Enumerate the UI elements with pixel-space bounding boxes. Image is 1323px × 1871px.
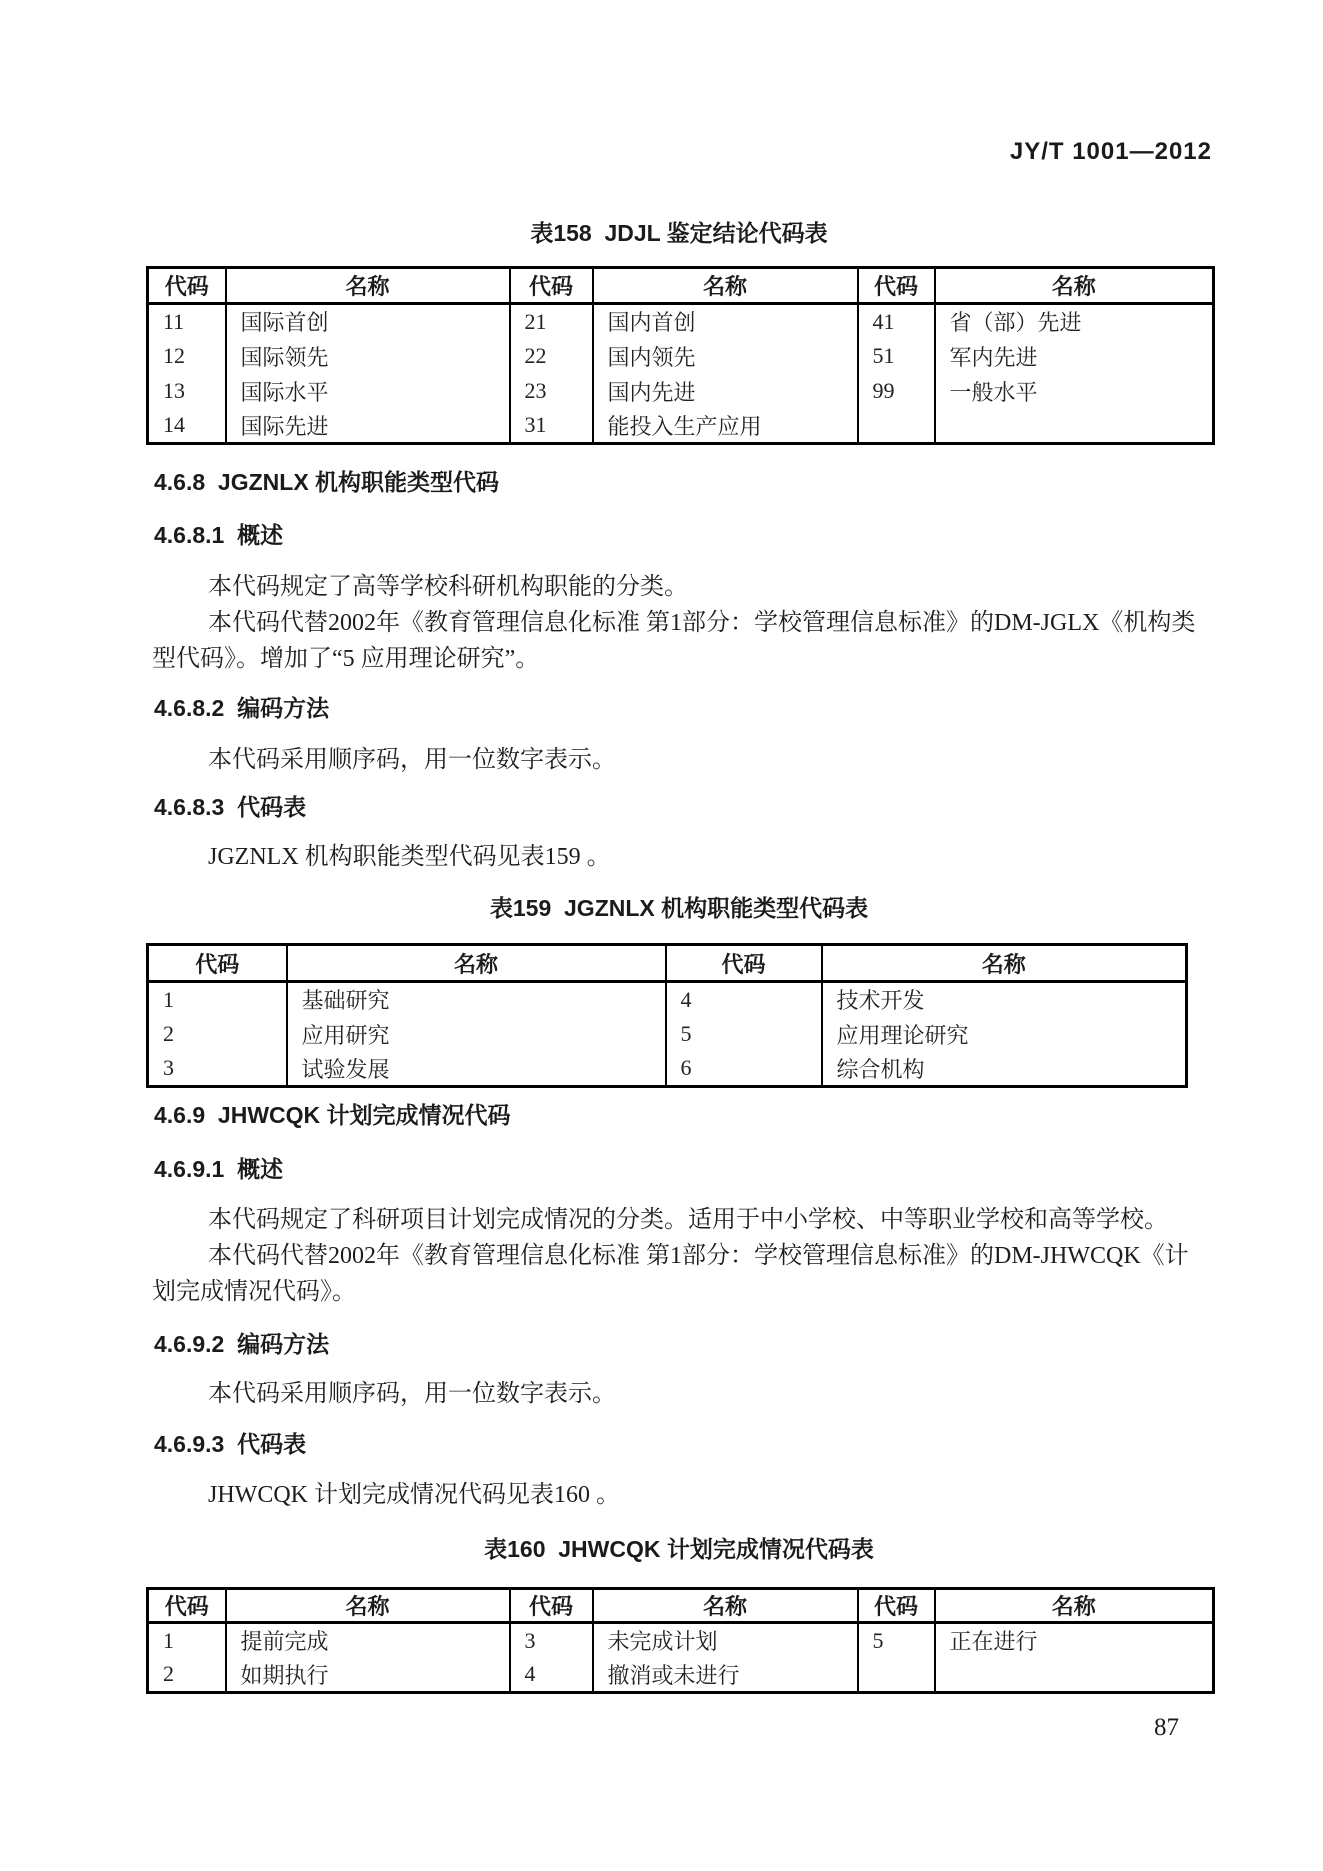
table-row: 3 试验发展 6 综合机构 bbox=[148, 1052, 1187, 1087]
section-heading-468: 4.6.8 JGZNLX 机构职能类型代码 bbox=[154, 467, 1212, 497]
paragraph: JGZNLX 机构职能类型代码见表159 。 bbox=[152, 839, 1212, 875]
code-cell: 31 bbox=[510, 409, 593, 444]
code-cell: 23 bbox=[510, 374, 593, 409]
name-cell bbox=[935, 1658, 1214, 1693]
name-cell: 提前完成 bbox=[226, 1623, 510, 1658]
name-cell: 撤消或未进行 bbox=[593, 1658, 858, 1693]
paragraph: 本代码采用顺序码，用一位数字表示。 bbox=[152, 742, 1212, 778]
name-cell: 应用理论研究 bbox=[822, 1017, 1187, 1052]
name-cell: 国际领先 bbox=[226, 339, 510, 374]
paragraph: JHWCQK 计划完成情况代码见表160 。 bbox=[152, 1477, 1212, 1513]
document-page: JY/T 1001—2012 表158 JDJL 鉴定结论代码表 代码 名称 代… bbox=[0, 0, 1323, 1871]
column-header-name: 名称 bbox=[287, 945, 666, 982]
code-cell: 12 bbox=[148, 339, 226, 374]
standard-number: JY/T 1001—2012 bbox=[146, 138, 1212, 166]
name-cell: 技术开发 bbox=[822, 982, 1187, 1017]
column-header-name: 名称 bbox=[593, 268, 858, 304]
code-cell: 4 bbox=[510, 1658, 593, 1693]
table-row: 14 国际先进 31 能投入生产应用 bbox=[148, 409, 1214, 444]
column-header-code: 代码 bbox=[148, 268, 226, 304]
column-header-name: 名称 bbox=[226, 1589, 510, 1623]
section-heading-4683: 4.6.8.3 代码表 bbox=[154, 792, 1212, 822]
code-cell: 22 bbox=[510, 339, 593, 374]
table-row: 12 国际领先 22 国内领先 51 军内先进 bbox=[148, 339, 1214, 374]
paragraph: 本代码代替2002年《教育管理信息化标准 第1部分：学校管理信息标准》的DM-J… bbox=[152, 1238, 1212, 1310]
column-header-code: 代码 bbox=[666, 945, 822, 982]
code-cell: 3 bbox=[148, 1052, 287, 1087]
table160: 代码 名称 代码 名称 代码 名称 1 提前完成 3 未完成计划 5 正在进行 … bbox=[146, 1587, 1215, 1694]
table160-caption: 表160 JHWCQK 计划完成情况代码表 bbox=[146, 1535, 1212, 1563]
code-cell: 4 bbox=[666, 982, 822, 1017]
name-cell: 应用研究 bbox=[287, 1017, 666, 1052]
column-header-code: 代码 bbox=[858, 268, 935, 304]
paragraph: 本代码代替2002年《教育管理信息化标准 第1部分：学校管理信息标准》的DM-J… bbox=[152, 605, 1212, 677]
column-header-code: 代码 bbox=[510, 268, 593, 304]
code-cell: 99 bbox=[858, 374, 935, 409]
table159: 代码 名称 代码 名称 1 基础研究 4 技术开发 2 应用研究 5 应用理论研… bbox=[146, 943, 1188, 1088]
paragraph: 本代码规定了科研项目计划完成情况的分类。适用于中小学校、中等职业学校和高等学校。 bbox=[152, 1202, 1212, 1238]
table-row: 1 提前完成 3 未完成计划 5 正在进行 bbox=[148, 1623, 1214, 1658]
name-cell: 国际首创 bbox=[226, 304, 510, 339]
name-cell: 基础研究 bbox=[287, 982, 666, 1017]
section-heading-4682: 4.6.8.2 编码方法 bbox=[154, 693, 1212, 723]
table-row: 2 如期执行 4 撤消或未进行 bbox=[148, 1658, 1214, 1693]
table-row: 11 国际首创 21 国内首创 41 省（部）先进 bbox=[148, 304, 1214, 339]
column-header-code: 代码 bbox=[510, 1589, 593, 1623]
table-header-row: 代码 名称 代码 名称 bbox=[148, 945, 1187, 982]
section-heading-4693: 4.6.9.3 代码表 bbox=[154, 1429, 1212, 1459]
table-row: 13 国际水平 23 国内先进 99 一般水平 bbox=[148, 374, 1214, 409]
name-cell: 一般水平 bbox=[935, 374, 1214, 409]
column-header-name: 名称 bbox=[226, 268, 510, 304]
column-header-code: 代码 bbox=[858, 1589, 935, 1623]
paragraph: 本代码规定了高等学校科研机构职能的分类。 bbox=[152, 569, 1212, 605]
column-header-name: 名称 bbox=[822, 945, 1187, 982]
name-cell: 未完成计划 bbox=[593, 1623, 858, 1658]
name-cell: 国内领先 bbox=[593, 339, 858, 374]
code-cell: 2 bbox=[148, 1017, 287, 1052]
table-row: 1 基础研究 4 技术开发 bbox=[148, 982, 1187, 1017]
section-heading-4692: 4.6.9.2 编码方法 bbox=[154, 1329, 1212, 1359]
section-heading-469: 4.6.9 JHWCQK 计划完成情况代码 bbox=[154, 1100, 1212, 1130]
name-cell: 综合机构 bbox=[822, 1052, 1187, 1087]
code-cell: 6 bbox=[666, 1052, 822, 1087]
column-header-name: 名称 bbox=[593, 1589, 858, 1623]
table158: 代码 名称 代码 名称 代码 名称 11 国际首创 21 国内首创 41 省（部… bbox=[146, 266, 1215, 445]
name-cell: 试验发展 bbox=[287, 1052, 666, 1087]
name-cell bbox=[935, 409, 1214, 444]
section-heading-4681: 4.6.8.1 概述 bbox=[154, 520, 1212, 550]
code-cell: 11 bbox=[148, 304, 226, 339]
code-cell: 3 bbox=[510, 1623, 593, 1658]
code-cell: 5 bbox=[666, 1017, 822, 1052]
column-header-code: 代码 bbox=[148, 945, 287, 982]
name-cell: 国际先进 bbox=[226, 409, 510, 444]
table-header-row: 代码 名称 代码 名称 代码 名称 bbox=[148, 268, 1214, 304]
page-number: 87 bbox=[1154, 1714, 1179, 1742]
table158-caption: 表158 JDJL 鉴定结论代码表 bbox=[146, 219, 1212, 247]
table-row: 2 应用研究 5 应用理论研究 bbox=[148, 1017, 1187, 1052]
table-header-row: 代码 名称 代码 名称 代码 名称 bbox=[148, 1589, 1214, 1623]
name-cell: 军内先进 bbox=[935, 339, 1214, 374]
code-cell: 1 bbox=[148, 1623, 226, 1658]
paragraph: 本代码采用顺序码，用一位数字表示。 bbox=[152, 1376, 1212, 1412]
code-cell: 2 bbox=[148, 1658, 226, 1693]
column-header-name: 名称 bbox=[935, 1589, 1214, 1623]
code-cell: 14 bbox=[148, 409, 226, 444]
code-cell: 21 bbox=[510, 304, 593, 339]
code-cell: 13 bbox=[148, 374, 226, 409]
code-cell: 41 bbox=[858, 304, 935, 339]
code-cell: 5 bbox=[858, 1623, 935, 1658]
code-cell bbox=[858, 1658, 935, 1693]
name-cell: 国际水平 bbox=[226, 374, 510, 409]
name-cell: 省（部）先进 bbox=[935, 304, 1214, 339]
code-cell bbox=[858, 409, 935, 444]
name-cell: 国内首创 bbox=[593, 304, 858, 339]
section-heading-4691: 4.6.9.1 概述 bbox=[154, 1154, 1212, 1184]
column-header-code: 代码 bbox=[148, 1589, 226, 1623]
table159-caption: 表159 JGZNLX 机构职能类型代码表 bbox=[146, 894, 1212, 922]
name-cell: 能投入生产应用 bbox=[593, 409, 858, 444]
name-cell: 国内先进 bbox=[593, 374, 858, 409]
name-cell: 如期执行 bbox=[226, 1658, 510, 1693]
code-cell: 51 bbox=[858, 339, 935, 374]
code-cell: 1 bbox=[148, 982, 287, 1017]
column-header-name: 名称 bbox=[935, 268, 1214, 304]
name-cell: 正在进行 bbox=[935, 1623, 1214, 1658]
